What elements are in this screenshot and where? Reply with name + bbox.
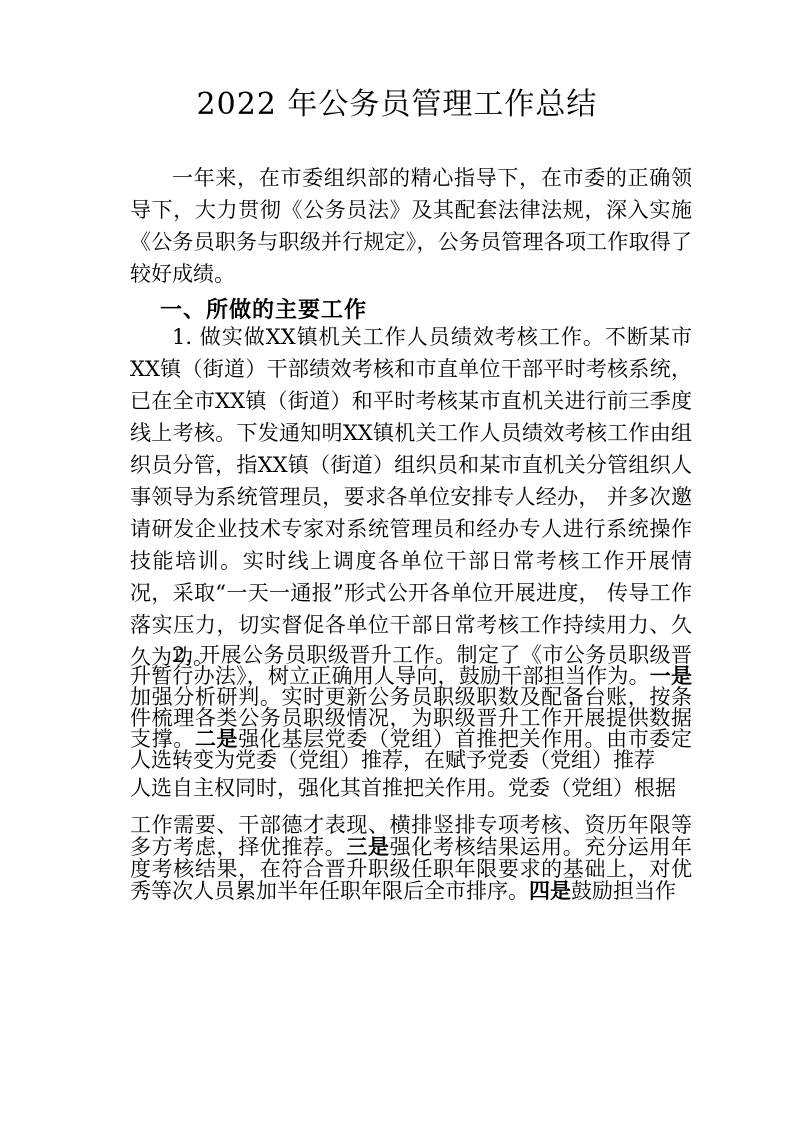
document-page: 2022 年公务员管理工作总结 一年来，在市委组织部的精心指导下，在市委的正确领… bbox=[0, 0, 794, 1122]
paragraph-item-2-rank-promotion-part-1: 2. 开展公务员职级晋升工作。制定了《市公务员职级晋升暂行办法》，树立正确用人导… bbox=[130, 645, 692, 771]
paragraph-item-2-rank-promotion-part-3: 工作需要、干部德才表现、横排竖排专项考核、资历年限等多方考虑，择优推荐。三是强化… bbox=[130, 814, 692, 902]
text-run: 一年来，在市委组织部的精心指导下，在市委的正确领导下，大力贯彻《公务员法》及其配… bbox=[130, 166, 692, 286]
document-title: 2022 年公务员管理工作总结 bbox=[0, 86, 794, 124]
text-run: 2. 开展公务员职级晋升工作。制定了《市公务员职级晋升暂行办法》，树立正确用人导… bbox=[130, 643, 692, 688]
text-run: 人选自主权同时，强化其首推把关作用。党委（党组）根据 bbox=[130, 776, 676, 800]
paragraph-item-1-performance-assessment: 1. 做实做XX镇机关工作人员绩效考核工作。不断某市XX镇（街道）干部绩效考核和… bbox=[130, 321, 692, 673]
bold-text-run: 四是 bbox=[529, 879, 571, 903]
paragraph-item-2-rank-promotion-part-2: 人选自主权同时，强化其首推把关作用。党委（党组）根据 bbox=[130, 776, 692, 800]
bold-text-run: 三是 bbox=[346, 835, 389, 859]
bold-text-run: 一、所做的主要工作 bbox=[160, 298, 367, 323]
paragraph-intro: 一年来，在市委组织部的精心指导下，在市委的正确领导下，大力贯彻《公务员法》及其配… bbox=[130, 162, 692, 290]
text-run: 1. 做实做XX镇机关工作人员绩效考核工作。不断某市XX镇（街道）干部绩效考核和… bbox=[130, 325, 692, 669]
text-run: 鼓励担当作 bbox=[571, 879, 676, 903]
section-heading-main-work: 一、所做的主要工作 bbox=[130, 297, 692, 324]
